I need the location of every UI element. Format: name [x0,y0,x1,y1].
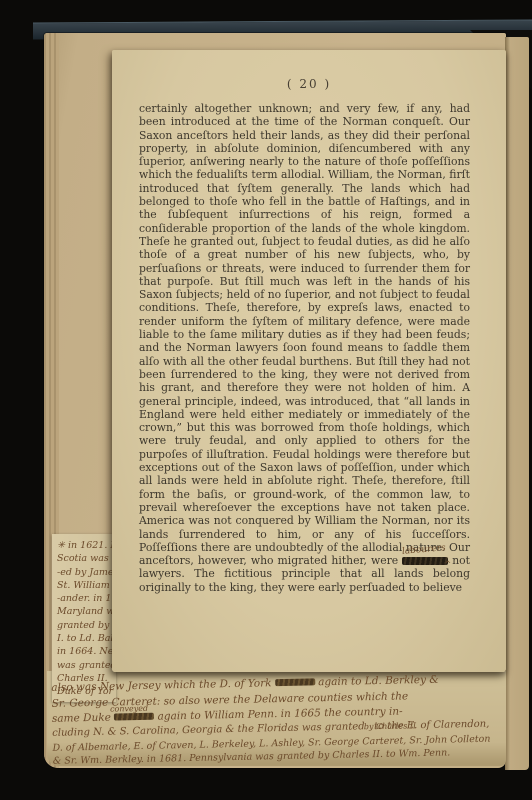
manuscript-insertion-conveyed: conveyed [110,701,148,717]
bottom-note-3-pre: same Duke [52,712,111,725]
bottom-note-1-pre: also was New Jersey which the D. of York [51,677,271,694]
correction-site: labourers^ [402,554,448,567]
margin-note-line: St. William [52,579,116,592]
bottom-annotations: also was New Jersey which the D. of York… [51,670,513,768]
insertion-caret: ^ [444,558,451,571]
page-number: ( 20 ) [112,77,506,91]
correction-site: conveyed [114,710,154,726]
bottom-note-1-post: again to Ld. Berkley & [318,674,439,689]
margin-note-line: in 1664. New [52,645,116,658]
margin-note-slip: ✳ in 1621. N Scotia was g -ed by James S… [52,534,116,702]
margin-note-line: I. to Ld. Balt [52,632,116,645]
margin-note-line: Scotia was g [52,552,116,565]
adjacent-page-edge [505,37,529,770]
margin-note-line: granted by [52,619,116,632]
margin-note-line: -ander. in 16 [52,592,116,605]
inked-out-word [402,557,448,565]
crossed-out-word [275,678,315,686]
printed-page: ( 20 ) certainly altogether unknown; and… [112,50,506,672]
margin-note-line: was granted [52,659,116,672]
photo-background: ✳ in 1621. N Scotia was g -ed by James S… [0,0,532,800]
manuscript-insertion-by-charles: by Charles II [364,719,417,735]
margin-note-line: ✳ in 1621. N [52,539,116,552]
printed-text-part1: certainly altogether unknown; and very f… [139,102,470,567]
printed-body-text: certainly altogether unknown; and very f… [139,102,470,594]
margin-note-line: -ed by James [52,566,116,579]
margin-note-line: Maryland w [52,605,116,618]
